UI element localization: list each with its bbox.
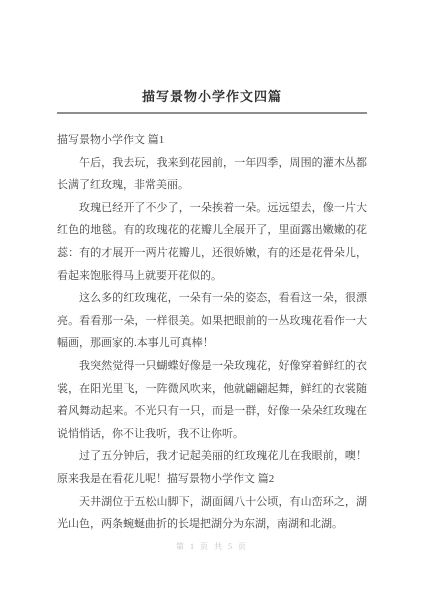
document-body: 描写景物小学作文 篇1午后，我去玩，我来到花园前，一年四季，周围的灌木丛都长满了… (57, 129, 367, 536)
paragraph: 玫瑰已经开了不少了，一朵挨着一朵。远远望去，像一片大红色的地毯。有的玫瑰花的花瓣… (57, 197, 367, 287)
paragraph: 过了五分钟后，我才记起美丽的红玫瑰花儿在我眼前，噢！原来我是在看花儿呢！描写景物… (57, 445, 367, 490)
paragraph: 我突然觉得一只蝴蝶好像是一朵玫瑰花，好像穿着鲜红的衣裳，在阳光里飞，一阵微风吹来… (57, 355, 367, 445)
document-title: 描写景物小学作文四篇 (0, 0, 424, 105)
section-heading: 描写景物小学作文 篇1 (57, 129, 367, 152)
title-divider (57, 112, 367, 114)
page-number: 第 1 页 共 5 页 (0, 541, 424, 552)
document-page: 描写景物小学作文四篇 描写景物小学作文 篇1午后，我去玩，我来到花园前，一年四季… (0, 0, 424, 600)
paragraph: 天井湖位于五松山脚下，湖面阔八十公顷，有山峦环之，湖光山色，两条蜿蜒曲折的长堤把… (57, 491, 367, 536)
paragraph: 午后，我去玩，我来到花园前，一年四季，周围的灌木丛都长满了红玫瑰，非常美丽。 (57, 152, 367, 197)
paragraph: 这么多的红玫瑰花，一朵有一朵的姿态，看看这一朵，很漂亮。看看那一朵，一样很美。如… (57, 287, 367, 355)
